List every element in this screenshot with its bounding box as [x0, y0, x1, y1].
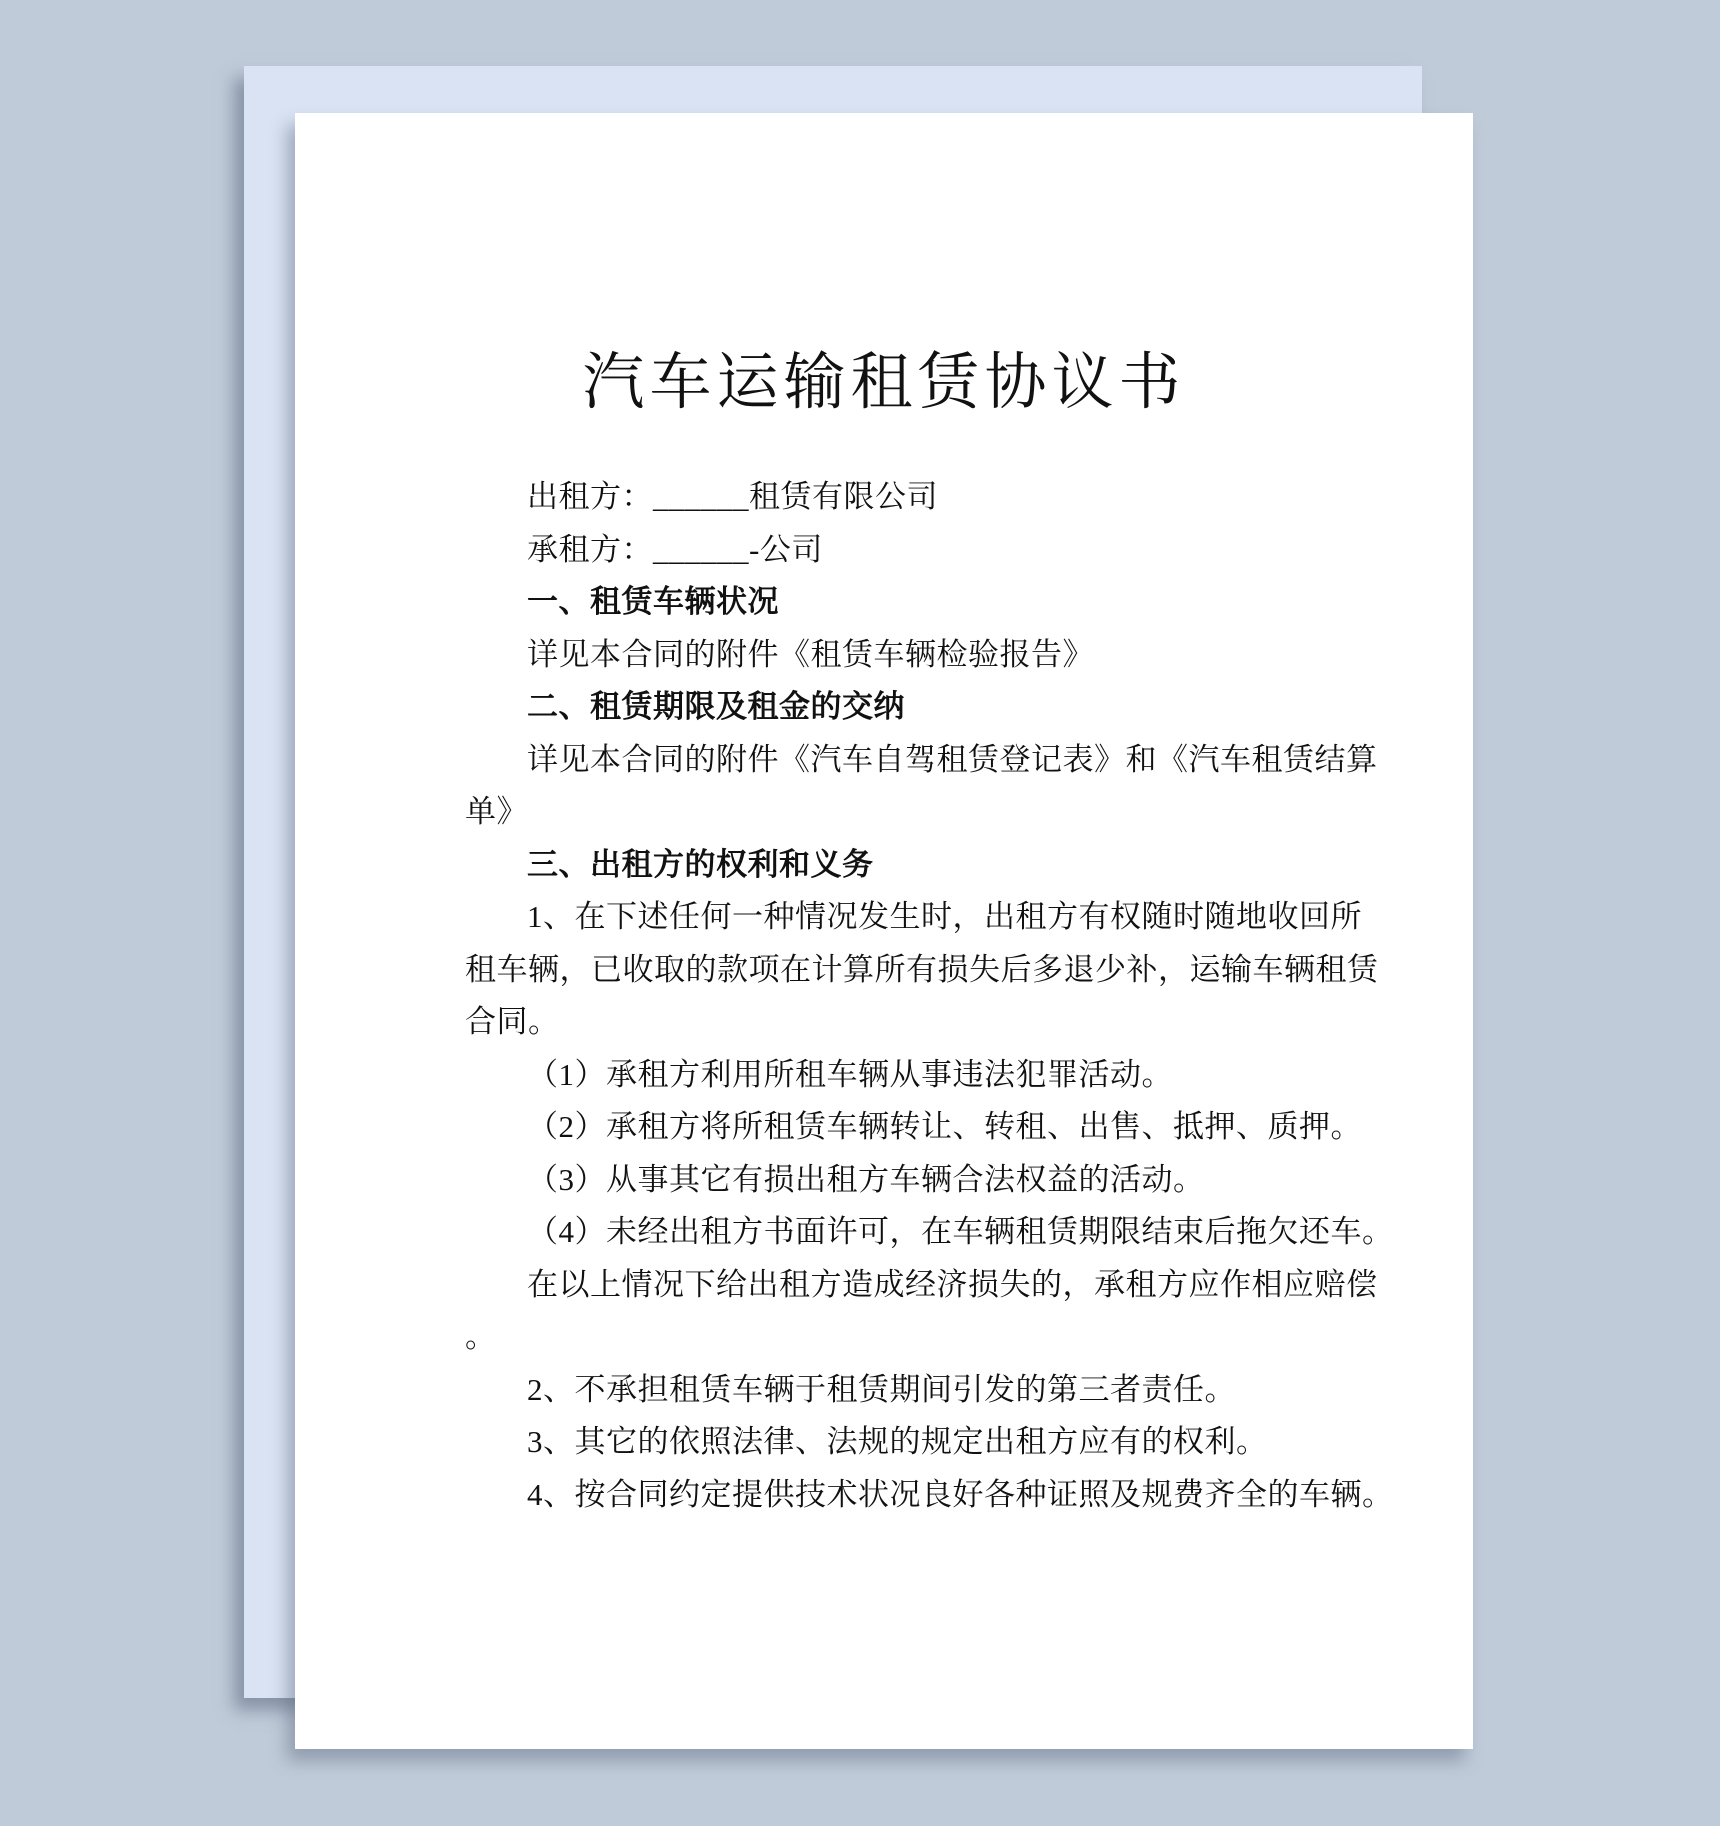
- doc-line: 4、按合同约定提供技术状况良好各种证照及规费齐全的车辆。: [465, 1469, 1383, 1522]
- page-background: 汽车运输租赁协议书 出租方：______租赁有限公司 承租方：______-公司…: [0, 0, 1720, 1826]
- doc-heading-section-3: 三、出租方的权利和义务: [465, 839, 1383, 892]
- doc-line: 。: [465, 1311, 1383, 1364]
- document-page: 汽车运输租赁协议书 出租方：______租赁有限公司 承租方：______-公司…: [295, 113, 1473, 1749]
- document-body: 出租方：______租赁有限公司 承租方：______-公司 一、租赁车辆状况 …: [295, 471, 1473, 1521]
- doc-line: 2、不承担租赁车辆于租赁期间引发的第三者责任。: [465, 1364, 1383, 1417]
- doc-line-item-4: （4）未经出租方书面许可，在车辆租赁期限结束后拖欠还车。: [465, 1206, 1383, 1259]
- doc-line: 详见本合同的附件《租赁车辆检验报告》: [465, 629, 1383, 682]
- doc-line: 3、其它的依照法律、法规的规定出租方应有的权利。: [465, 1416, 1383, 1469]
- doc-line: 详见本合同的附件《汽车自驾租赁登记表》和《汽车租赁结算: [465, 734, 1383, 787]
- doc-heading-section-2: 二、租赁期限及租金的交纳: [465, 681, 1383, 734]
- doc-line-lessee: 承租方：______-公司: [465, 524, 1383, 577]
- document-title: 汽车运输租赁协议书: [295, 343, 1473, 423]
- doc-line: 1、在下述任何一种情况发生时，出租方有权随时随地收回所: [465, 891, 1383, 944]
- doc-line-lessor: 出租方：______租赁有限公司: [465, 471, 1383, 524]
- doc-line-item-1: （1）承租方利用所租车辆从事违法犯罪活动。: [465, 1049, 1383, 1102]
- doc-line: 租车辆，已收取的款项在计算所有损失后多退少补，运输车辆租赁: [465, 944, 1383, 997]
- doc-line: 单》: [465, 786, 1383, 839]
- doc-heading-section-1: 一、租赁车辆状况: [465, 576, 1383, 629]
- doc-line: 合同。: [465, 996, 1383, 1049]
- doc-line: 在以上情况下给出租方造成经济损失的，承租方应作相应赔偿: [465, 1259, 1383, 1312]
- doc-line-item-3: （3）从事其它有损出租方车辆合法权益的活动。: [465, 1154, 1383, 1207]
- doc-line-item-2: （2）承租方将所租赁车辆转让、转租、出售、抵押、质押。: [465, 1101, 1383, 1154]
